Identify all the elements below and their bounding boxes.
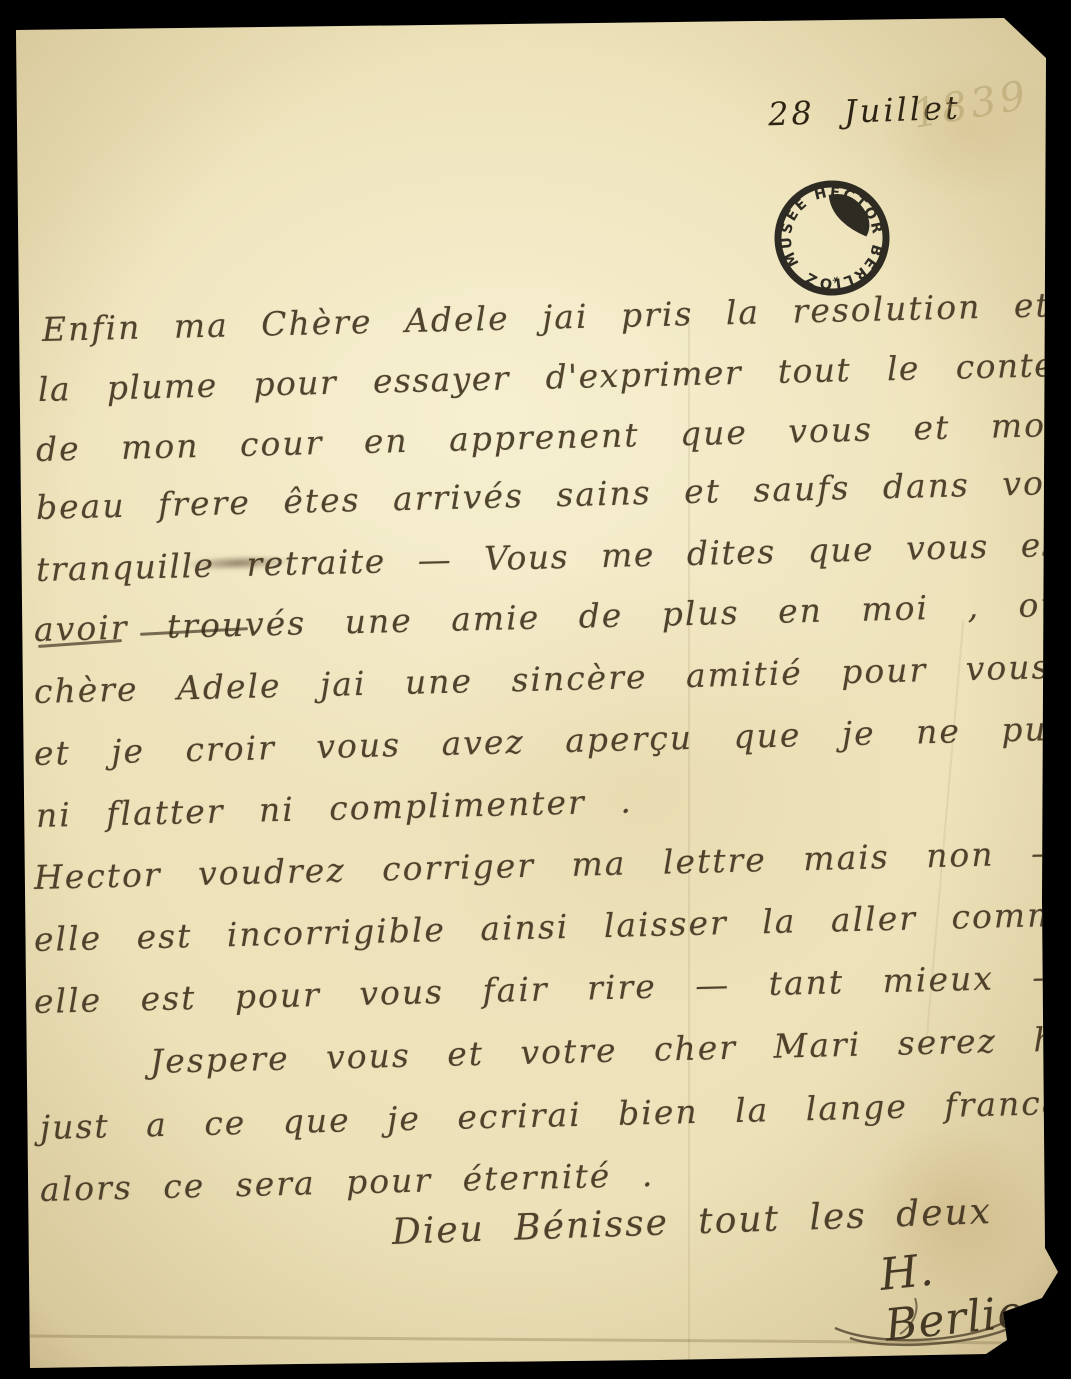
letter-paper: 28 Juillet 1839 MUSÉE HECTOR BERLIOZ * E… — [0, 0, 1071, 1379]
scanned-letter: 28 Juillet 1839 MUSÉE HECTOR BERLIOZ * E… — [0, 0, 1071, 1379]
signature-flourish — [820, 1288, 1050, 1358]
